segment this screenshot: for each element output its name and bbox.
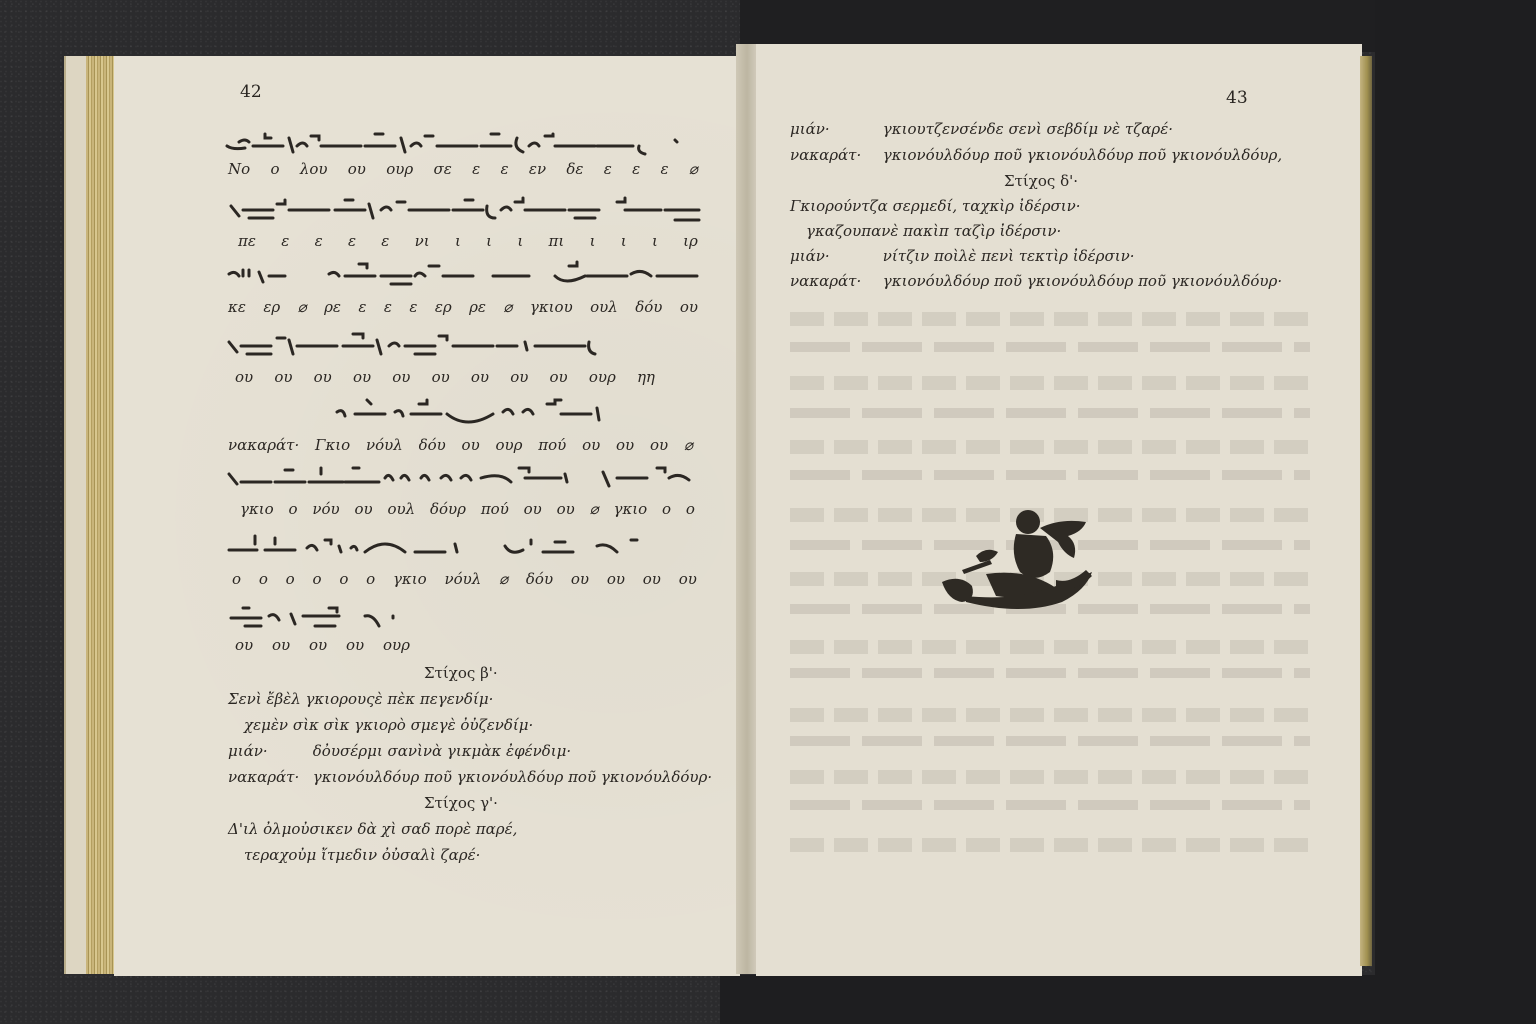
syllable: ου — [353, 368, 371, 386]
verse-line: μιάν· νίτζιν ποὶλὲ πενὶ τεκτὶρ ἰδέρσιν· — [790, 247, 1135, 265]
syllable: δόυ — [526, 570, 553, 588]
syllable: ου — [524, 500, 542, 518]
syllable: ου — [462, 436, 480, 454]
syllable: ο — [686, 500, 695, 518]
syllable: ου — [679, 570, 697, 588]
syllable: ου — [392, 368, 410, 386]
syllable: ο — [289, 500, 298, 518]
syllable: ου — [650, 436, 668, 454]
bleed-through-neumes — [790, 736, 1310, 746]
syllable: ου — [314, 368, 332, 386]
syllable: ι — [455, 232, 461, 250]
syllable: ο — [286, 570, 295, 588]
syllable: ιρ — [683, 232, 698, 250]
syllable: ου — [607, 570, 625, 588]
syllable: ε — [381, 232, 389, 250]
syllable: ο — [366, 570, 375, 588]
syllable: ου — [272, 636, 290, 654]
neume-notation-line — [335, 400, 635, 426]
syllable: ου — [510, 368, 528, 386]
bleed-through-text — [790, 838, 1310, 852]
verse-line: νακαράτ· γκιονόυλδόυρ ποῦ γκιονόυλδόυρ π… — [790, 146, 1282, 164]
syllable: γκιο — [393, 570, 427, 588]
bleed-through-text — [790, 640, 1310, 654]
neume-notation-line — [225, 196, 705, 222]
syllable: ⌀ — [590, 500, 599, 518]
syllable: γκιου — [530, 298, 573, 316]
verse-line: νακαράτ· γκιονόυλδόυρ ποῦ γκιονόυλδόυρ π… — [790, 272, 1282, 290]
bleed-through-text — [790, 312, 1310, 326]
syllable: ε — [409, 298, 417, 316]
syllable: ου — [550, 368, 568, 386]
syllable: ο — [312, 570, 321, 588]
bleed-through-text — [790, 770, 1310, 784]
syllable: ο — [270, 160, 279, 178]
syllable: σε — [434, 160, 452, 178]
verse-text: δὀυσέρμι σανὶνὰ γικμὰκ ἐφένδιμ· — [313, 742, 571, 760]
scan-backdrop — [1375, 0, 1536, 1024]
lyric-syllables: νακαράτ· Γκιο νόυλ δόυ ου ουρ πού ου ου … — [228, 436, 693, 454]
neume-notation-line — [225, 604, 445, 630]
syllable: ε — [358, 298, 366, 316]
syllable: Γκιο — [315, 436, 350, 454]
bleed-through-text — [790, 376, 1310, 390]
syllable: νόυλ — [444, 570, 481, 588]
syllable: ουρ — [496, 436, 523, 454]
syllable: ε — [315, 232, 323, 250]
syllable: ουλ — [590, 298, 618, 316]
syllable: ο — [259, 570, 268, 588]
verse-text: γκιονόυλδόυρ ποῦ γκιονόυλδόυρ ποῦ γκιονό… — [313, 768, 712, 786]
syllable: νι — [415, 232, 430, 250]
lyric-syllables: Νο ο λου ου ουρ σε ε ε εν δε ε ε ε ⌀ — [228, 160, 698, 178]
syllable: ου — [557, 500, 575, 518]
byzantine-neumes-icon — [225, 196, 705, 222]
syllable: ε — [281, 232, 289, 250]
verse-label: μιάν· — [790, 120, 878, 138]
syllable: ρε — [469, 298, 486, 316]
neume-notation-line — [225, 464, 705, 490]
syllable: ουρ — [386, 160, 413, 178]
syllable: ουρ — [383, 636, 410, 654]
lyric-syllables: ου ου ου ου ουρ — [235, 636, 410, 654]
syllable: δε — [566, 160, 583, 178]
verse-line: μιάν· δὀυσέρμι σανὶνὰ γικμὰκ ἐφένδιμ· — [228, 742, 571, 760]
byzantine-neumes-icon — [225, 534, 705, 560]
syllable: δόυ — [635, 298, 662, 316]
syllable: ου — [235, 368, 253, 386]
syllable: ⌀ — [298, 298, 307, 316]
verse-line: νακαράτ· γκιονόυλδόυρ ποῦ γκιονόυλδόυρ π… — [228, 768, 712, 786]
lyric-syllables: γκιο ο νόυ ου ουλ δόυρ πού ου ου ⌀ γκιο … — [240, 500, 695, 518]
bleed-through-text — [790, 440, 1310, 454]
syllable: ι — [621, 232, 627, 250]
stanza-heading: Στίχος β'· — [424, 664, 498, 682]
syllable: γκιο — [240, 500, 274, 518]
verse-label: μιάν· — [228, 742, 308, 760]
syllable: δόυ — [419, 436, 446, 454]
syllable: ρε — [324, 298, 341, 316]
syllable: ι — [590, 232, 596, 250]
verse-line: χεμὲν σὶκ σὶκ γκιορὸ σμεγὲ ὀὐζενδίμ· — [244, 716, 533, 734]
syllable: πε — [238, 232, 256, 250]
syllable: ε — [501, 160, 509, 178]
byzantine-neumes-icon — [225, 604, 445, 630]
syllable: νόυλ — [366, 436, 403, 454]
scan-backdrop — [720, 975, 1536, 1024]
syllable: ⌀ — [684, 436, 693, 454]
bleed-through-neumes — [790, 408, 1310, 418]
syllable: νόυ — [312, 500, 339, 518]
syllable: ου — [432, 368, 450, 386]
book-gutter — [736, 44, 758, 974]
syllable: ερ — [435, 298, 452, 316]
neume-notation-line — [225, 332, 655, 358]
stanza-heading: Στίχος δ'· — [1004, 172, 1078, 190]
syllable: γκιο — [613, 500, 647, 518]
syllable: ουρ — [589, 368, 616, 386]
book-fore-edge — [64, 56, 88, 974]
bleed-through-neumes — [790, 668, 1310, 678]
byzantine-neumes-icon — [225, 262, 705, 288]
byzantine-neumes-icon — [335, 400, 635, 426]
syllable: ου — [616, 436, 634, 454]
page-number-left: 42 — [240, 82, 262, 102]
syllable: ουλ — [388, 500, 416, 518]
syllable: ου — [274, 368, 292, 386]
lyric-syllables: πε ε ε ε ε νι ι ι ι πι ι ι ι ιρ — [238, 232, 698, 250]
bleed-through-neumes — [790, 342, 1310, 352]
syllable: ου — [346, 636, 364, 654]
neume-notation-line — [225, 534, 705, 560]
syllable: ⌀ — [503, 298, 512, 316]
syllable: ε — [661, 160, 669, 178]
book-fore-edge-right — [1360, 56, 1372, 966]
syllable: πού — [538, 436, 566, 454]
lyric-syllables: ο ο ο ο ο ο γκιο νόυλ ⌀ δόυ ου ου ου ου — [232, 570, 697, 588]
lyric-syllables: ου ου ου ου ου ου ου ου ου ουρ ηη — [235, 368, 655, 386]
syllable: ου — [582, 436, 600, 454]
syllable: πι — [549, 232, 565, 250]
syllable: δόυρ — [430, 500, 466, 518]
verse-line: Σενὶ ἔβὲλ γκιορουςὲ πὲκ πεγενδίμ· — [228, 690, 493, 708]
syllable: ε — [604, 160, 612, 178]
page-number-right: 43 — [1226, 88, 1248, 108]
byzantine-neumes-icon — [225, 130, 695, 156]
syllable: ου — [348, 160, 366, 178]
syllable: ου — [680, 298, 698, 316]
syllable: λου — [300, 160, 328, 178]
syllable: εν — [529, 160, 546, 178]
syllable: ε — [384, 298, 392, 316]
verse-line: Γκιορούντζα σερμεδί, ταχκὶρ ἰδέρσιν· — [790, 197, 1081, 215]
verse-text: γκιουτζενσένδε σενὶ σεβδίμ νὲ τζαρέ· — [883, 120, 1173, 138]
cherub-vignette-icon — [936, 500, 1100, 618]
verse-label: μιάν· — [790, 247, 878, 265]
syllable: ⌀ — [689, 160, 698, 178]
syllable: ο — [339, 570, 348, 588]
bleed-through-text — [790, 708, 1310, 722]
bleed-through-neumes — [790, 800, 1310, 810]
syllable: ε — [472, 160, 480, 178]
stanza-heading: Στίχος γ'· — [424, 794, 498, 812]
verse-line: γκαζουπανὲ πακὶπ ταζὶρ ἰδέρσιν· — [806, 222, 1061, 240]
neume-notation-line — [225, 262, 705, 288]
verse-text: γκιονόυλδόυρ ποῦ γκιονόυλδόυρ ποῦ γκιονό… — [883, 272, 1282, 290]
verse-label: νακαράτ· — [790, 146, 878, 164]
gilt-page-edges — [86, 56, 114, 974]
syllable: ο — [662, 500, 671, 518]
syllable: ε — [348, 232, 356, 250]
syllable: ηη — [637, 368, 655, 386]
byzantine-neumes-icon — [225, 464, 705, 490]
syllable: ι — [652, 232, 658, 250]
verse-line: Δ'ιλ ὀλμοὐσικεν δὰ χὶ σαδ πορὲ παρέ, — [228, 820, 517, 838]
syllable: ου — [571, 570, 589, 588]
lyric-syllables: κε ερ ⌀ ρε ε ε ε ερ ρε ⌀ γκιου ουλ δόυ ο… — [228, 298, 698, 316]
syllable: ου — [309, 636, 327, 654]
syllable: ⌀ — [499, 570, 508, 588]
syllable: ο — [232, 570, 241, 588]
syllable: ου — [235, 636, 253, 654]
syllable: κε — [228, 298, 246, 316]
bleed-through-neumes — [790, 470, 1310, 480]
verse-label: νακαράτ· — [790, 272, 878, 290]
verse-text: νίτζιν ποὶλὲ πενὶ τεκτὶρ ἰδέρσιν· — [883, 247, 1135, 265]
syllable: ου — [643, 570, 661, 588]
syllable: Νο — [228, 160, 250, 178]
verse-line: τεραχοὐμ ἴτμεδιν ὀὐσαλὶ ζαρέ· — [244, 846, 480, 864]
syllable: πού — [481, 500, 509, 518]
byzantine-neumes-icon — [225, 332, 655, 358]
syllable: ε — [632, 160, 640, 178]
neume-notation-line — [225, 130, 695, 156]
syllable: ι — [486, 232, 492, 250]
syllable: ου — [355, 500, 373, 518]
verse-line: μιάν· γκιουτζενσένδε σενὶ σεβδίμ νὲ τζαρ… — [790, 120, 1173, 138]
syllable: ερ — [263, 298, 280, 316]
verse-text: γκιονόυλδόυρ ποῦ γκιονόυλδόυρ ποῦ γκιονό… — [883, 146, 1282, 164]
syllable: ου — [471, 368, 489, 386]
verse-label: νακαράτ· — [228, 768, 308, 786]
refrain-label: νακαράτ· — [228, 436, 299, 454]
syllable: ι — [517, 232, 523, 250]
